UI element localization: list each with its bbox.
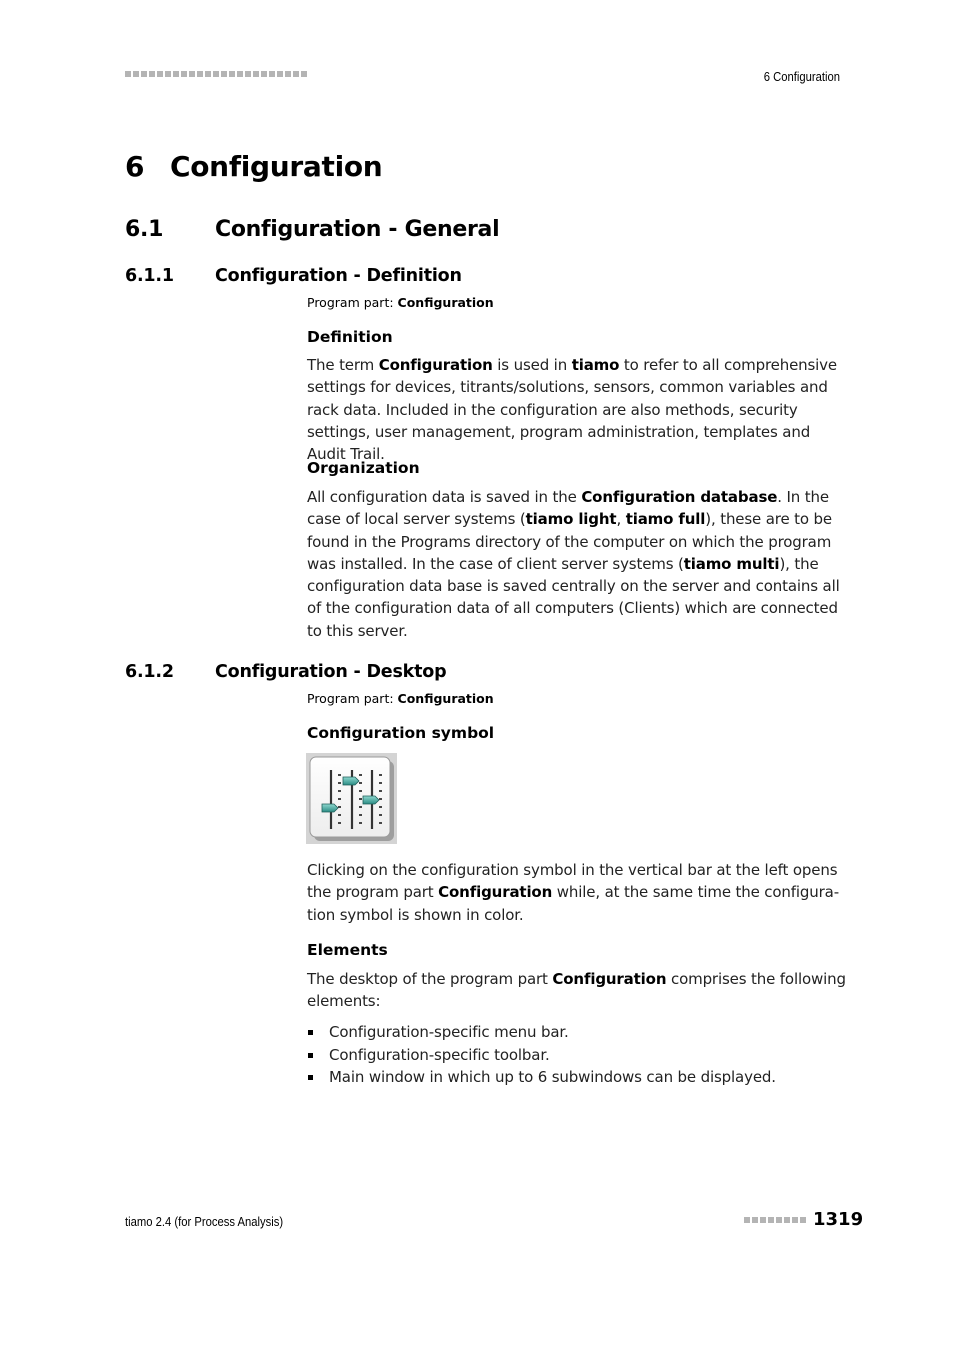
program-part-label: Program part: xyxy=(307,691,394,706)
subsection-number: 6.1.1 xyxy=(125,266,215,286)
subsection-title-text: Configuration - Desktop xyxy=(215,662,446,682)
definition-paragraph: The term Configuration is used in tiamo … xyxy=(307,354,847,465)
list-item: Configuration-specific toolbar. xyxy=(307,1044,847,1067)
section-title: 6.1Configuration - General xyxy=(125,217,499,242)
page-number: 1319 xyxy=(813,1209,863,1230)
organization-heading: Organization xyxy=(307,459,420,477)
elements-list: Configuration-specific menu bar. Configu… xyxy=(307,1021,847,1089)
header-decoration xyxy=(125,71,309,77)
subsection-title-definition: 6.1.1Configuration - Definition xyxy=(125,266,462,286)
section-title-text: Configuration - General xyxy=(215,217,499,242)
definition-heading: Definition xyxy=(307,328,393,346)
subsection-title-text: Configuration - Definition xyxy=(215,266,462,286)
running-header: 6 Configuration xyxy=(714,70,840,84)
program-part-line: Program part: Configuration xyxy=(307,295,494,310)
elements-heading: Elements xyxy=(307,941,388,959)
footer-product: tiamo 2.4 (for Process Analysis) xyxy=(125,1215,283,1229)
section-number: 6.1 xyxy=(125,217,215,242)
chapter-number: 6 xyxy=(125,150,170,183)
subsection-number: 6.1.2 xyxy=(125,662,215,682)
program-part-value: Configuration xyxy=(398,295,494,310)
footer-decoration xyxy=(744,1217,808,1223)
list-item: Configuration-specific menu bar. xyxy=(307,1021,847,1044)
elements-intro: The desktop of the program part Configur… xyxy=(307,968,847,1013)
list-item: Main window in which up to 6 subwindows … xyxy=(307,1066,847,1089)
program-part-label: Program part: xyxy=(307,295,394,310)
footer-page: 1319 xyxy=(744,1209,863,1230)
configuration-sliders-icon xyxy=(306,753,397,844)
subsection-title-desktop: 6.1.2Configuration - Desktop xyxy=(125,662,446,682)
organization-paragraph: All configuration data is saved in the C… xyxy=(307,486,847,642)
configuration-symbol-paragraph: Clicking on the configuration symbol in … xyxy=(307,859,847,926)
program-part-value: Configuration xyxy=(398,691,494,706)
chapter-title-text: Configuration xyxy=(170,150,382,183)
program-part-line: Program part: Configuration xyxy=(307,691,494,706)
configuration-symbol-heading: Configuration symbol xyxy=(307,724,494,742)
chapter-title: 6Configuration xyxy=(125,150,382,183)
